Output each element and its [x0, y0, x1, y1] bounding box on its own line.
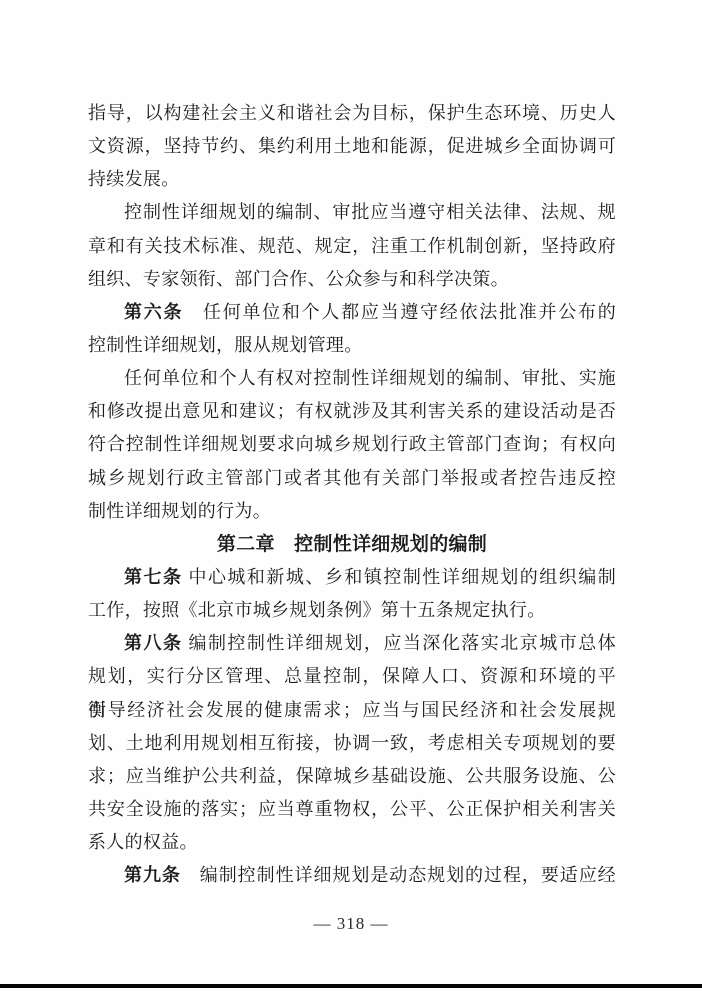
text-line: 引导经济社会发展的健康需求；应当与国民经济和社会发展规: [88, 694, 616, 727]
text-line: 组织、专家领衔、部门合作、公众参与和科学决策。: [88, 263, 616, 296]
text-line: 工作，按照《北京市城乡规划条例》第十五条规定执行。: [88, 594, 616, 627]
text-line: 控制性详细规划，服从规划管理。: [88, 329, 616, 362]
text-line: 划、土地利用规划相互衔接，协调一致，考虑相关专项规划的要: [88, 727, 616, 760]
chapter-2-heading: 第二章 控制性详细规划的编制: [88, 528, 616, 561]
text-run: 和修改提出意见和建议；有权就涉及其利害关系的建设活动是否: [88, 401, 616, 421]
text-run: 城乡规划行政主管部门或者其他有关部门举报或者控告违反控: [88, 468, 616, 488]
text-line: 控制性详细规划的编制、审批应当遵守相关法律、法规、规: [88, 196, 616, 229]
text-run: 控制性详细规划，服从规划管理。: [88, 335, 363, 355]
text-line: 系人的权益。: [88, 826, 616, 859]
text-line: 第八条 编制控制性详细规划，应当深化落实北京城市总体: [88, 627, 616, 660]
text-run: 符合控制性详细规划要求向城乡规划行政主管部门查询；有权向: [88, 434, 616, 454]
text-run: 求；应当维护公共利益，保障城乡基础设施、公共服务设施、公: [88, 766, 616, 786]
article-number: 第六条: [124, 302, 183, 322]
text-run: 划、土地利用规划相互衔接，协调一致，考虑相关专项规划的要: [88, 733, 616, 753]
text-run: 章和有关技术标准、规范、规定，注重工作机制创新，坚持政府: [88, 236, 616, 256]
text-line: 规划，实行分区管理、总量控制，保障人口、资源和环境的平衡，: [88, 660, 616, 693]
text-line: 持续发展。: [88, 163, 616, 196]
text-run: 任何单位和个人有权对控制性详细规划的编制、审批、实施: [124, 368, 616, 388]
text-line: 第七条 中心城和新城、乡和镇控制性详细规划的组织编制: [88, 561, 616, 594]
text-line: 共安全设施的落实；应当尊重物权，公平、公正保护相关利害关: [88, 793, 616, 826]
text-run: 编制控制性详细规划，应当深化落实北京城市总体: [182, 633, 616, 653]
text-run: 制性详细规划的行为。: [88, 501, 271, 521]
document-page: 指导，以构建社会主义和谐社会为目标，保护生态环境、历史人文资源，坚持节约、集约利…: [0, 0, 702, 993]
text-run: 系人的权益。: [88, 832, 198, 852]
text-run: 持续发展。: [88, 169, 180, 189]
text-line: 第九条 编制控制性详细规划是动态规划的过程，要适应经: [88, 859, 616, 892]
article-number: 第七条: [124, 567, 182, 587]
text-run: 任何单位和个人都应当遵守经依法批准并公布的: [183, 302, 616, 322]
text-line: 制性详细规划的行为。: [88, 495, 616, 528]
text-run: 文资源，坚持节约、集约利用土地和能源，促进城乡全面协调可: [88, 136, 616, 156]
text-line: 任何单位和个人有权对控制性详细规划的编制、审批、实施: [88, 362, 616, 395]
text-line: 章和有关技术标准、规范、规定，注重工作机制创新，坚持政府: [88, 230, 616, 263]
text-run: 共安全设施的落实；应当尊重物权，公平、公正保护相关利害关: [88, 799, 616, 819]
text-line: 城乡规划行政主管部门或者其他有关部门举报或者控告违反控: [88, 462, 616, 495]
page-number: — 318 —: [0, 914, 702, 934]
text-line: 指导，以构建社会主义和谐社会为目标，保护生态环境、历史人: [88, 97, 616, 130]
text-line: 文资源，坚持节约、集约利用土地和能源，促进城乡全面协调可: [88, 130, 616, 163]
text-line: 第六条 任何单位和个人都应当遵守经依法批准并公布的: [88, 296, 616, 329]
text-line: 和修改提出意见和建议；有权就涉及其利害关系的建设活动是否: [88, 395, 616, 428]
document-body: 指导，以构建社会主义和谐社会为目标，保护生态环境、历史人文资源，坚持节约、集约利…: [88, 97, 616, 892]
text-run: 引导经济社会发展的健康需求；应当与国民经济和社会发展规: [88, 700, 616, 720]
page-bottom-rule: [0, 984, 702, 988]
text-run: 组织、专家领衔、部门合作、公众参与和科学决策。: [88, 269, 509, 289]
text-line: 符合控制性详细规划要求向城乡规划行政主管部门查询；有权向: [88, 428, 616, 461]
text-run: 指导，以构建社会主义和谐社会为目标，保护生态环境、历史人: [88, 103, 616, 123]
text-run: 编制控制性详细规划是动态规划的过程，要适应经: [181, 865, 616, 885]
text-run: 控制性详细规划的编制、审批应当遵守相关法律、法规、规: [124, 202, 616, 222]
text-run: 中心城和新城、乡和镇控制性详细规划的组织编制: [182, 567, 616, 587]
article-number: 第九条: [124, 865, 181, 885]
text-line: 求；应当维护公共利益，保障城乡基础设施、公共服务设施、公: [88, 760, 616, 793]
article-number: 第八条: [124, 633, 182, 653]
text-run: 工作，按照《北京市城乡规划条例》第十五条规定执行。: [88, 600, 546, 620]
